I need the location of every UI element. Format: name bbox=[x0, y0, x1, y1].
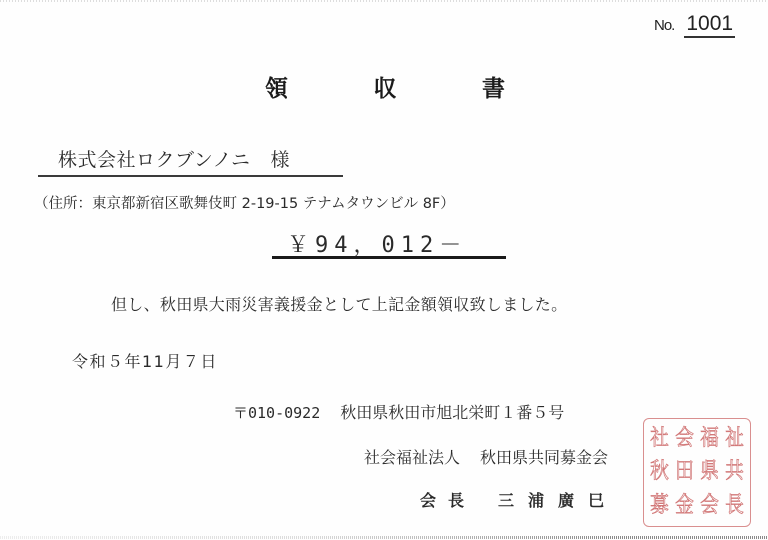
addressee-honorific: 様 bbox=[271, 149, 291, 171]
seal-char: 祉 bbox=[724, 422, 745, 456]
addressee-name: 株式会社ロクブンノニ bbox=[58, 149, 251, 171]
issuer-representative: 会長三浦廣巳 bbox=[420, 488, 618, 511]
seal-char: 福 bbox=[699, 422, 720, 456]
seal-char: 募 bbox=[649, 489, 670, 523]
receipt-number-label: No. bbox=[654, 17, 674, 34]
issuer-street-address: 秋田県秋田市旭北栄町１番５号 bbox=[340, 403, 564, 422]
seal-char: 長 bbox=[724, 489, 745, 523]
amount: ￥94，012－ bbox=[272, 228, 506, 259]
seal-stamp-icon: 社 会 福 祉 秋 田 県 共 募 金 会 長 bbox=[643, 418, 751, 527]
seal-char: 社 bbox=[649, 422, 670, 456]
receipt-paper: No. 1001 領 収 書 株式会社ロクブンノニ様 （住所：東京都新宿区歌舞伎… bbox=[0, 0, 768, 540]
seal-char: 田 bbox=[674, 456, 695, 490]
title-char: 収 bbox=[374, 70, 397, 103]
perforation-bottom bbox=[0, 536, 768, 539]
issuer-organization-name: 秋田県共同募金会 bbox=[480, 448, 608, 467]
seal-char: 県 bbox=[699, 456, 720, 490]
receipt-number-value: 1001 bbox=[684, 12, 735, 38]
issuer-corporation-type: 社会福祉法人 bbox=[364, 448, 460, 467]
issue-date: 令和５年11月７日 bbox=[72, 349, 218, 372]
document-title: 領 収 書 bbox=[265, 70, 505, 103]
seal-char: 会 bbox=[674, 422, 695, 456]
receipt-number: No. 1001 bbox=[654, 12, 735, 38]
addressee-line: 株式会社ロクブンノニ様 bbox=[38, 145, 343, 177]
representative-role: 会長 bbox=[420, 491, 476, 510]
issuer-postal-code: 〒010-0922 bbox=[233, 404, 320, 422]
perforation-top bbox=[0, 0, 768, 2]
seal-char: 会 bbox=[699, 489, 720, 523]
seal-char: 秋 bbox=[649, 456, 670, 490]
representative-name: 三浦廣巳 bbox=[498, 491, 618, 510]
title-char: 書 bbox=[482, 70, 505, 103]
addressee-address: （住所：東京都新宿区歌舞伎町 2-19-15 テナムタウンビル 8F） bbox=[34, 192, 455, 213]
title-char: 領 bbox=[265, 70, 288, 103]
seal-char: 共 bbox=[724, 456, 745, 490]
memo-text: 但し、秋田県大雨災害義援金として上記金額領収致しました。 bbox=[111, 292, 567, 315]
seal-char: 金 bbox=[674, 489, 695, 523]
issuer-organization: 社会福祉法人秋田県共同募金会 bbox=[364, 445, 608, 468]
issuer-address: 〒010-0922秋田県秋田市旭北栄町１番５号 bbox=[233, 400, 564, 423]
